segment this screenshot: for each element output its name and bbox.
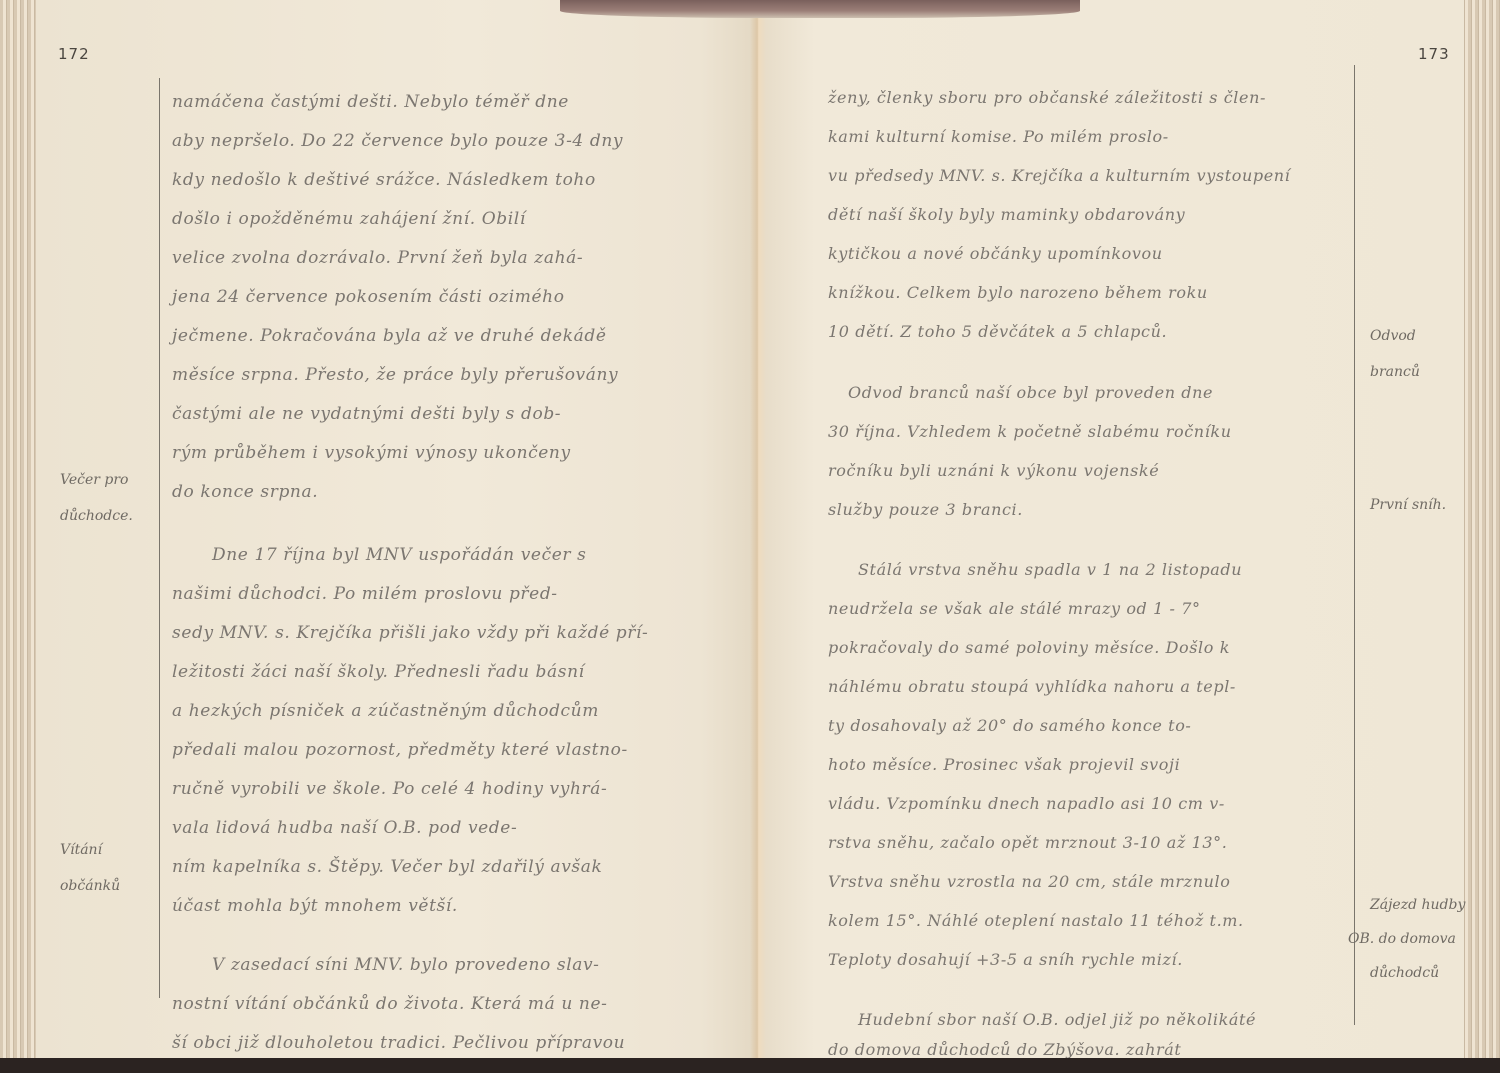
bottom-shadow	[0, 1058, 1500, 1073]
text-line: do domova důchodců do Zbýšova. zahrát	[828, 1040, 1181, 1059]
text-line: a hezkých písniček a zúčastněným důchodc…	[172, 701, 599, 721]
text-line: měsíce srpna. Přesto, že práce byly přer…	[172, 365, 618, 385]
text-line: kdy nedošlo k deštivé srážce. Následkem …	[172, 170, 596, 190]
text-line: velice zvolna dozrávalo. První žeň byla …	[172, 248, 583, 268]
text-line: Hudební sbor naší O.B. odjel již po něko…	[858, 1010, 1256, 1029]
text-line: neudržela se však ale stálé mrazy od 1 -…	[828, 599, 1201, 618]
margin-note-line: důchodce.	[60, 498, 133, 534]
margin-note-vitani-obcanku: Vítání občánků	[60, 832, 120, 904]
text-line: ječmene. Pokračována byla až ve druhé de…	[172, 326, 607, 346]
text-line: našimi důchodci. Po milém proslovu před-	[172, 584, 558, 604]
text-line: kami kulturní komise. Po milém proslo-	[828, 127, 1169, 146]
text-line: Odvod branců naší obce byl proveden dne	[848, 383, 1213, 402]
text-line: rým průběhem i vysokými výnosy ukončeny	[172, 443, 571, 463]
right-page-text: ženy, členky sboru pro občanské záležito…	[828, 0, 1353, 1058]
text-line: vu předsedy MNV. s. Krejčíka a kulturním…	[828, 166, 1290, 185]
text-line: došlo i opožděnému zahájení žní. Obilí	[172, 209, 526, 229]
text-line: ním kapelníka s. Štěpy. Večer byl zdařil…	[172, 857, 602, 877]
page-edges-left	[0, 0, 36, 1058]
page-number-left: 172	[58, 45, 90, 63]
margin-note-line: První sníh.	[1370, 487, 1446, 523]
margin-note-line: branců	[1370, 354, 1420, 390]
text-line: hoto měsíce. Prosinec však projevil svoj…	[828, 755, 1180, 774]
margin-note-prvni-snih: První sníh.	[1370, 487, 1446, 523]
text-line: nostní vítání občánků do života. Která m…	[172, 994, 607, 1014]
margin-note-line: OB. do domova	[1348, 922, 1465, 956]
text-line: aby nepršelo. Do 22 července bylo pouze …	[172, 131, 623, 151]
text-line: 30 října. Vzhledem k početně slabému roč…	[828, 422, 1232, 441]
text-line: Teploty dosahují +3-5 a sníh rychle mizí…	[828, 950, 1183, 969]
margin-note-zajezd-hudby: Zájezd hudby OB. do domova důchodců	[1348, 888, 1465, 990]
page-top-edge	[560, 0, 1080, 18]
margin-rule-left	[159, 78, 160, 998]
text-line: vládu. Vzpomínku dnech napadlo asi 10 cm…	[828, 794, 1225, 813]
text-line: účast mohla být mnohem větší.	[172, 896, 458, 916]
margin-note-line: Odvod	[1370, 318, 1420, 354]
text-line: jena 24 července pokosením části ozimého	[172, 287, 565, 307]
text-line: ležitosti žáci naší školy. Přednesli řad…	[172, 662, 585, 682]
text-line: ročníku byli uznáni k výkonu vojenské	[828, 461, 1159, 480]
open-ledger-book: 172 Večer pro důchodce. Vítání občánků n…	[0, 0, 1500, 1060]
text-line: kytičkou a nové občánky upomínkovou	[828, 244, 1163, 263]
margin-note-odvod-brancu: Odvod branců	[1370, 318, 1420, 390]
text-line: pokračovaly do samé poloviny měsíce. Doš…	[828, 638, 1230, 657]
text-line: vala lidová hudba naší O.B. pod vede-	[172, 818, 517, 838]
text-line: rstva sněhu, začalo opět mrznout 3-10 až…	[828, 833, 1227, 852]
text-line: ší obci již dlouholetou tradici. Pečlivo…	[172, 1033, 625, 1053]
text-line: kolem 15°. Náhlé oteplení nastalo 11 téh…	[828, 911, 1244, 930]
text-line: Dne 17 října byl MNV uspořádán večer s	[212, 545, 586, 565]
margin-note-vecer-pro-duchodce: Večer pro důchodce.	[60, 462, 133, 534]
text-line: sedy MNV. s. Krejčíka přišli jako vždy p…	[172, 623, 648, 643]
margin-note-line: Večer pro	[60, 462, 133, 498]
text-line: služby pouze 3 branci.	[828, 500, 1023, 519]
left-page-text: namáčena častými dešti. Nebylo téměř dne…	[172, 0, 752, 1058]
text-line: ručně vyrobili ve škole. Po celé 4 hodin…	[172, 779, 607, 799]
margin-note-line: důchodců	[1348, 956, 1465, 990]
margin-note-line: Vítání	[60, 832, 120, 868]
page-number-right: 173	[1418, 45, 1450, 63]
text-line: do konce srpna.	[172, 482, 318, 502]
text-line: namáčena častými dešti. Nebylo téměř dne	[172, 92, 569, 112]
text-line: Stálá vrstva sněhu spadla v 1 na 2 listo…	[858, 560, 1242, 579]
text-line: náhlému obratu stoupá vyhlídka nahoru a …	[828, 677, 1236, 696]
text-line: ženy, členky sboru pro občanské záležito…	[828, 88, 1266, 107]
page-edges-right	[1464, 0, 1500, 1058]
text-line: knížkou. Celkem bylo narozeno během roku	[828, 283, 1208, 302]
text-line: častými ale ne vydatnými dešti byly s do…	[172, 404, 561, 424]
text-line: V zasedací síni MNV. bylo provedeno slav…	[212, 955, 600, 975]
margin-rule-right	[1354, 65, 1355, 1025]
left-page: 172 Večer pro důchodce. Vítání občánků n…	[36, 0, 758, 1058]
text-line: předali malou pozornost, předměty které …	[172, 740, 628, 760]
text-line: Vrstva sněhu vzrostla na 20 cm, stále mr…	[828, 872, 1230, 891]
margin-note-line: občánků	[60, 868, 120, 904]
text-line: 10 dětí. Z toho 5 děvčátek a 5 chlapců.	[828, 322, 1167, 341]
text-line: ty dosahovaly až 20° do samého konce to-	[828, 716, 1191, 735]
text-line: dětí naší školy byly maminky obdarovány	[828, 205, 1185, 224]
right-page: 173 Odvod branců První sníh. Zájezd hudb…	[758, 0, 1464, 1058]
margin-note-line: Zájezd hudby	[1348, 888, 1465, 922]
book-gutter	[750, 0, 766, 1058]
